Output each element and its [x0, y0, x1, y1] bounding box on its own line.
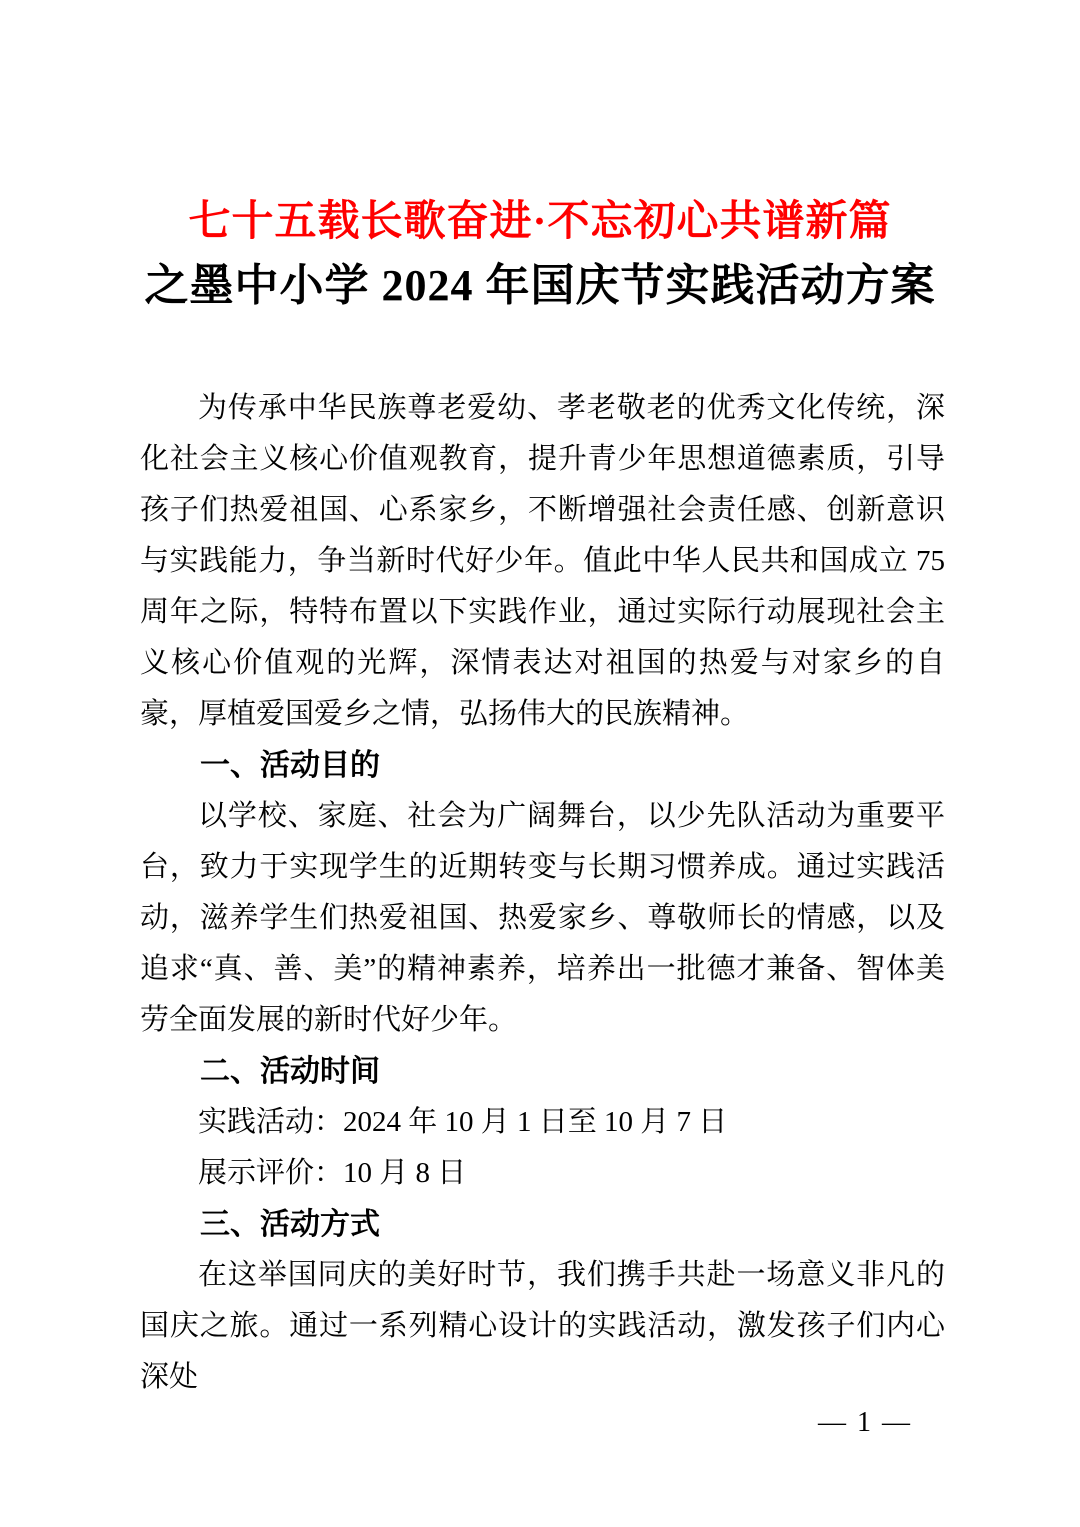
document-page: 七十五载长歌奋进·不忘初心共谱新篇 之墨中小学 2024 年国庆节实践活动方案 …	[0, 0, 1080, 1527]
document-title-black-line: 之墨中小学 2024 年国庆节实践活动方案	[0, 254, 1080, 318]
document-title-red-line: 七十五载长歌奋进·不忘初心共谱新篇	[0, 190, 1080, 254]
document-title: 七十五载长歌奋进·不忘初心共谱新篇 之墨中小学 2024 年国庆节实践活动方案	[0, 190, 1080, 318]
paragraph-method: 在这举国同庆的美好时节，我们携手共赴一场意义非凡的国庆之旅。通过一系列精心设计的…	[140, 1250, 945, 1403]
paragraph-intro: 为传承中华民族尊老爱幼、孝老敬老的优秀文化传统，深化社会主义核心价值观教育，提升…	[140, 383, 945, 740]
section-heading-purpose: 一、活动目的	[140, 740, 945, 791]
paragraph-purpose: 以学校、家庭、社会为广阔舞台，以少先队活动为重要平台，致力于实现学生的近期转变与…	[140, 791, 945, 1046]
document-body: 为传承中华民族尊老爱幼、孝老敬老的优秀文化传统，深化社会主义核心价值观教育，提升…	[140, 383, 945, 1403]
page-number: — 1 —	[818, 1403, 912, 1443]
schedule-line-review-date: 展示评价：10 月 8 日	[140, 1148, 945, 1199]
section-heading-time: 二、活动时间	[140, 1046, 945, 1097]
section-heading-method: 三、活动方式	[140, 1199, 945, 1250]
schedule-line-practice-dates: 实践活动：2024 年 10 月 1 日至 10 月 7 日	[140, 1097, 945, 1148]
